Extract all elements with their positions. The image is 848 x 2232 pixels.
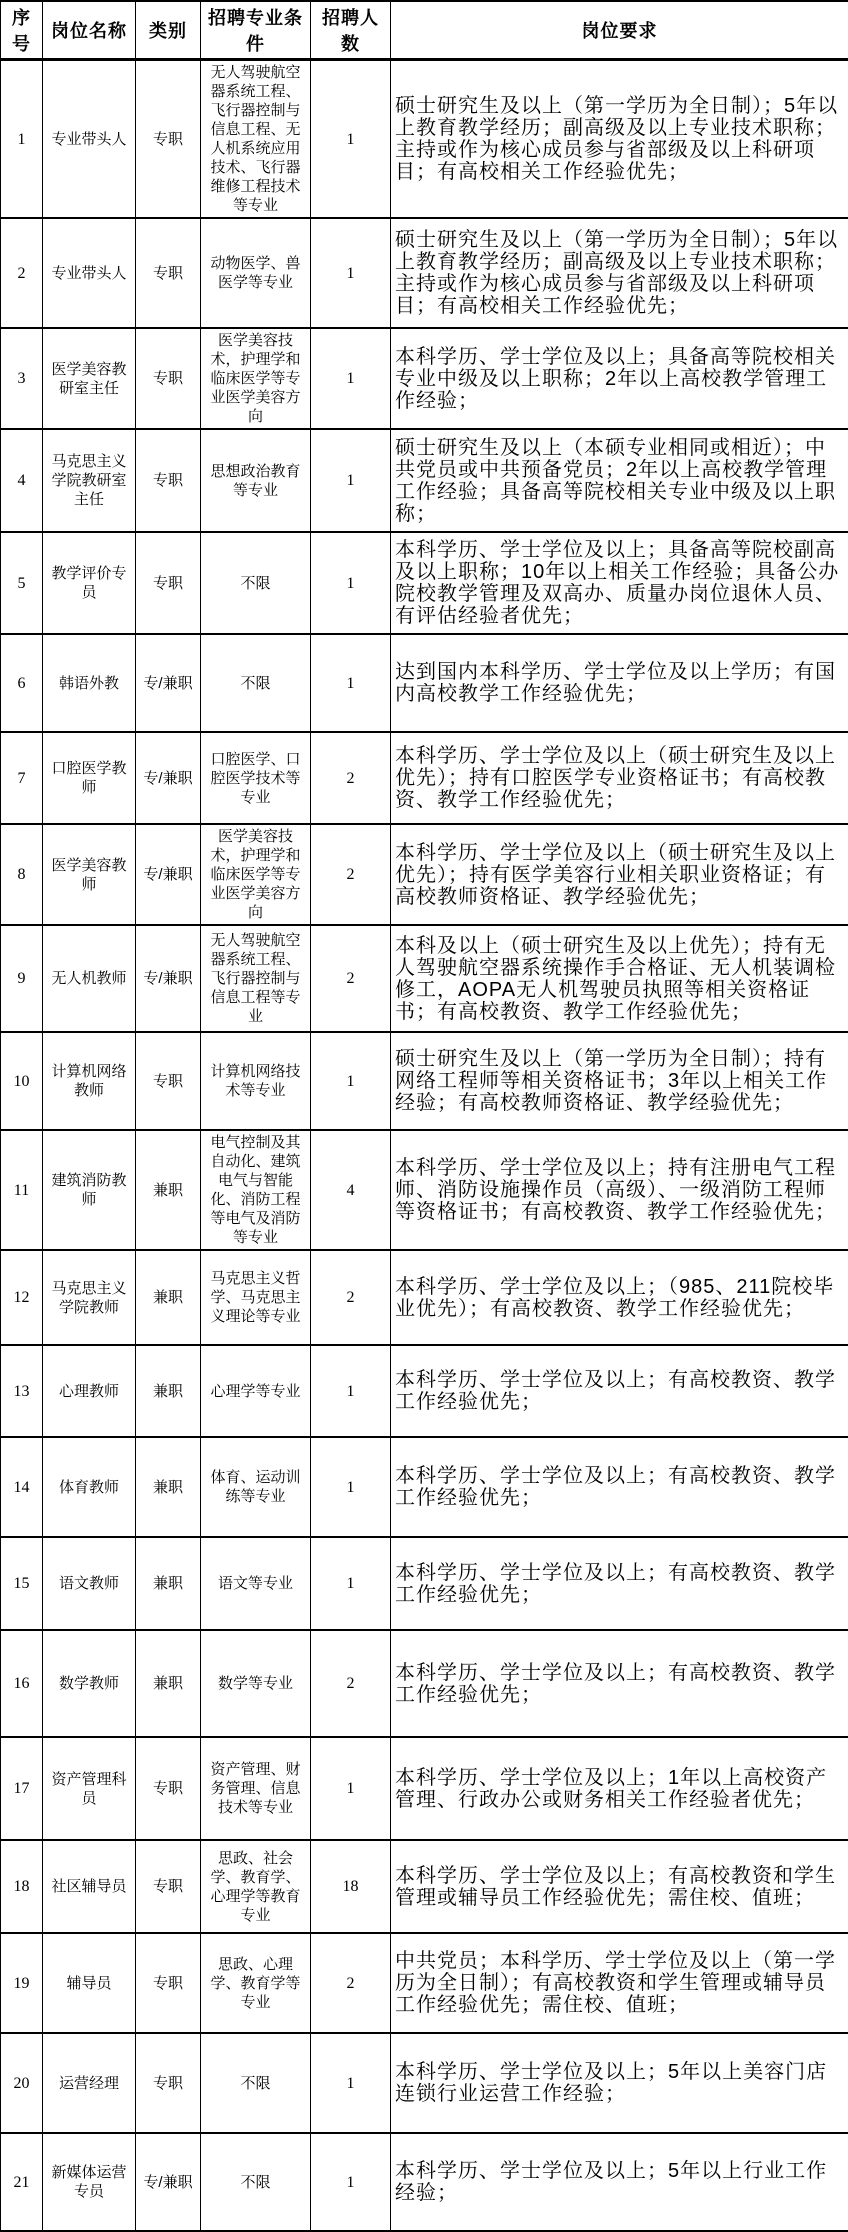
cell-requirements: 本科学历、学士学位及以上；有高校教资、教学工作经验优先； xyxy=(391,1537,848,1630)
cell-requirements: 本科学历、学士学位及以上；有高校教资、教学工作经验优先； xyxy=(391,1630,848,1737)
cell-no: 7 xyxy=(1,732,43,824)
cell-position-title: 医学美容教师 xyxy=(43,824,136,925)
cell-category: 专职 xyxy=(136,1737,201,1840)
cell-category: 兼职 xyxy=(136,1630,201,1737)
cell-majors: 医学美容技术，护理学和临床医学等专业医学美容方向 xyxy=(201,328,311,429)
cell-majors: 动物医学、兽医学等专业 xyxy=(201,218,311,328)
cell-requirements: 本科学历、学士学位及以上；具备高等院校副高及以上职称；10年以上相关工作经验；具… xyxy=(391,532,848,634)
job-table-body: 1 专业带头人 专职 无人驾驶航空器系统工程、飞行器控制与信息工程、无人机系统应… xyxy=(1,60,848,2232)
cell-no: 21 xyxy=(1,2133,43,2231)
cell-requirements: 本科学历、学士学位及以上；5年以上行业工作经验； xyxy=(391,2133,848,2231)
table-header: 序号 岗位名称 类别 招聘专业条件 招聘人数 岗位要求 xyxy=(1,1,848,60)
cell-category: 兼职 xyxy=(136,1130,201,1250)
cell-no: 13 xyxy=(1,1345,43,1437)
cell-count: 1 xyxy=(311,1437,391,1537)
table-row: 5 教学评价专员 专职 不限 1 本科学历、学士学位及以上；具备高等院校副高及以… xyxy=(1,532,848,634)
table-row: 21 新媒体运营专员 专/兼职 不限 1 本科学历、学士学位及以上；5年以上行业… xyxy=(1,2133,848,2231)
table-row: 15 语文教师 兼职 语文等专业 1 本科学历、学士学位及以上；有高校教资、教学… xyxy=(1,1537,848,1630)
cell-no: 4 xyxy=(1,429,43,532)
cell-count: 2 xyxy=(311,1630,391,1737)
cell-no: 16 xyxy=(1,1630,43,1737)
table-row: 20 运营经理 专职 不限 1 本科学历、学士学位及以上；5年以上美容门店连锁行… xyxy=(1,2033,848,2133)
cell-no: 18 xyxy=(1,1840,43,1933)
table-row: 17 资产管理科员 专职 资产管理、财务管理、信息技术等专业 1 本科学历、学士… xyxy=(1,1737,848,1840)
cell-category: 专职 xyxy=(136,429,201,532)
cell-requirements: 本科学历、学士学位及以上；有高校教资、教学工作经验优先； xyxy=(391,1437,848,1537)
cell-category: 专职 xyxy=(136,60,201,219)
cell-count: 2 xyxy=(311,925,391,1032)
cell-majors: 不限 xyxy=(201,634,311,732)
cell-position-title: 教学评价专员 xyxy=(43,532,136,634)
header-requirements: 岗位要求 xyxy=(391,1,848,60)
cell-category: 专职 xyxy=(136,328,201,429)
cell-count: 2 xyxy=(311,1250,391,1345)
cell-no: 19 xyxy=(1,1933,43,2033)
cell-no: 1 xyxy=(1,60,43,219)
cell-count: 1 xyxy=(311,1737,391,1840)
cell-majors: 无人驾驶航空器系统工程、飞行器控制与信息工程、无人机系统应用技术、飞行器维修工程… xyxy=(201,60,311,219)
cell-majors: 资产管理、财务管理、信息技术等专业 xyxy=(201,1737,311,1840)
header-category: 类别 xyxy=(136,1,201,60)
cell-no: 10 xyxy=(1,1032,43,1130)
cell-count: 18 xyxy=(311,1840,391,1933)
cell-requirements: 本科学历、学士学位及以上；具备高等院校相关专业中级及以上职称；2年以上高校教学管… xyxy=(391,328,848,429)
cell-position-title: 心理教师 xyxy=(43,1345,136,1437)
table-row: 16 数学教师 兼职 数学等专业 2 本科学历、学士学位及以上；有高校教资、教学… xyxy=(1,1630,848,1737)
table-row: 4 马克思主义学院教研室主任 专职 思想政治教育等专业 1 硕士研究生及以上（本… xyxy=(1,429,848,532)
cell-category: 专/兼职 xyxy=(136,824,201,925)
cell-majors: 不限 xyxy=(201,532,311,634)
cell-majors: 体育、运动训练等专业 xyxy=(201,1437,311,1537)
table-row: 11 建筑消防教师 兼职 电气控制及其自动化、建筑电气与智能化、消防工程等电气及… xyxy=(1,1130,848,1250)
cell-position-title: 体育教师 xyxy=(43,1437,136,1537)
cell-count: 1 xyxy=(311,1345,391,1437)
cell-count: 1 xyxy=(311,218,391,328)
cell-count: 2 xyxy=(311,1933,391,2033)
cell-requirements: 中共党员；本科学历、学士学位及以上（第一学历为全日制）；有高校教资和学生管理或辅… xyxy=(391,1933,848,2033)
cell-position-title: 运营经理 xyxy=(43,2033,136,2133)
table-row: 18 社区辅导员 专职 思政、社会学、教育学、心理学等教育专业 18 本科学历、… xyxy=(1,1840,848,1933)
cell-category: 专/兼职 xyxy=(136,925,201,1032)
cell-majors: 心理学等专业 xyxy=(201,1345,311,1437)
cell-no: 9 xyxy=(1,925,43,1032)
cell-position-title: 医学美容教研室主任 xyxy=(43,328,136,429)
cell-category: 专职 xyxy=(136,218,201,328)
cell-requirements: 本科学历、学士学位及以上；（985、211院校毕业优先）；有高校教资、教学工作经… xyxy=(391,1250,848,1345)
cell-no: 2 xyxy=(1,218,43,328)
cell-majors: 数学等专业 xyxy=(201,1630,311,1737)
cell-no: 20 xyxy=(1,2033,43,2133)
cell-no: 8 xyxy=(1,824,43,925)
cell-category: 专职 xyxy=(136,1032,201,1130)
cell-no: 3 xyxy=(1,328,43,429)
cell-requirements: 本科学历、学士学位及以上；持有注册电气工程师、消防设施操作员（高级）、一级消防工… xyxy=(391,1130,848,1250)
cell-no: 15 xyxy=(1,1537,43,1630)
cell-count: 1 xyxy=(311,60,391,219)
cell-count: 1 xyxy=(311,1537,391,1630)
cell-count: 4 xyxy=(311,1130,391,1250)
cell-no: 12 xyxy=(1,1250,43,1345)
table-row: 3 医学美容教研室主任 专职 医学美容技术，护理学和临床医学等专业医学美容方向 … xyxy=(1,328,848,429)
cell-position-title: 专业带头人 xyxy=(43,218,136,328)
cell-requirements: 本科学历、学士学位及以上；1年以上高校资产管理、行政办公或财务相关工作经验者优先… xyxy=(391,1737,848,1840)
cell-majors: 思想政治教育等专业 xyxy=(201,429,311,532)
cell-count: 1 xyxy=(311,328,391,429)
cell-category: 兼职 xyxy=(136,1537,201,1630)
cell-position-title: 建筑消防教师 xyxy=(43,1130,136,1250)
cell-count: 1 xyxy=(311,634,391,732)
cell-majors: 不限 xyxy=(201,2133,311,2231)
cell-position-title: 社区辅导员 xyxy=(43,1840,136,1933)
cell-requirements: 硕士研究生及以上（第一学历为全日制）；持有网络工程师等相关资格证书；3年以上相关… xyxy=(391,1032,848,1130)
cell-requirements: 本科及以上（硕士研究生及以上优先）；持有无人驾驶航空器系统操作手合格证、无人机装… xyxy=(391,925,848,1032)
cell-position-title: 计算机网络教师 xyxy=(43,1032,136,1130)
table-row: 2 专业带头人 专职 动物医学、兽医学等专业 1 硕士研究生及以上（第一学历为全… xyxy=(1,218,848,328)
cell-majors: 马克思主义哲学、马克思主义理论等专业 xyxy=(201,1250,311,1345)
cell-category: 专/兼职 xyxy=(136,732,201,824)
cell-count: 2 xyxy=(311,824,391,925)
cell-position-title: 韩语外教 xyxy=(43,634,136,732)
cell-category: 专职 xyxy=(136,1840,201,1933)
cell-requirements: 本科学历、学士学位及以上；有高校教资和学生管理或辅导员工作经验优先；需住校、值班… xyxy=(391,1840,848,1933)
table-row: 13 心理教师 兼职 心理学等专业 1 本科学历、学士学位及以上；有高校教资、教… xyxy=(1,1345,848,1437)
header-row: 序号 岗位名称 类别 招聘专业条件 招聘人数 岗位要求 xyxy=(1,1,848,60)
cell-position-title: 新媒体运营专员 xyxy=(43,2133,136,2231)
cell-category: 专职 xyxy=(136,1933,201,2033)
cell-position-title: 无人机教师 xyxy=(43,925,136,1032)
cell-majors: 无人驾驶航空器系统工程、飞行器控制与信息工程等专业 xyxy=(201,925,311,1032)
cell-count: 1 xyxy=(311,2033,391,2133)
cell-count: 1 xyxy=(311,1032,391,1130)
table-row: 1 专业带头人 专职 无人驾驶航空器系统工程、飞行器控制与信息工程、无人机系统应… xyxy=(1,60,848,219)
cell-category: 专/兼职 xyxy=(136,2133,201,2231)
cell-majors: 医学美容技术，护理学和临床医学等专业医学美容方向 xyxy=(201,824,311,925)
header-title: 岗位名称 xyxy=(43,1,136,60)
cell-no: 17 xyxy=(1,1737,43,1840)
cell-position-title: 马克思主义学院教师 xyxy=(43,1250,136,1345)
cell-count: 1 xyxy=(311,2133,391,2231)
table-row: 10 计算机网络教师 专职 计算机网络技术等专业 1 硕士研究生及以上（第一学历… xyxy=(1,1032,848,1130)
cell-position-title: 马克思主义学院教研室主任 xyxy=(43,429,136,532)
cell-category: 专职 xyxy=(136,532,201,634)
cell-requirements: 达到国内本科学历、学士学位及以上学历；有国内高校教学工作经验优先； xyxy=(391,634,848,732)
table-row: 9 无人机教师 专/兼职 无人驾驶航空器系统工程、飞行器控制与信息工程等专业 2… xyxy=(1,925,848,1032)
cell-count: 1 xyxy=(311,532,391,634)
cell-majors: 思政、社会学、教育学、心理学等教育专业 xyxy=(201,1840,311,1933)
cell-requirements: 本科学历、学士学位及以上；5年以上美容门店连锁行业运营工作经验； xyxy=(391,2033,848,2133)
cell-majors: 思政、心理学、教育学等专业 xyxy=(201,1933,311,2033)
cell-position-title: 资产管理科员 xyxy=(43,1737,136,1840)
cell-category: 兼职 xyxy=(136,1437,201,1537)
cell-majors: 不限 xyxy=(201,2033,311,2133)
cell-majors: 口腔医学、口腔医学技术等专业 xyxy=(201,732,311,824)
table-row: 14 体育教师 兼职 体育、运动训练等专业 1 本科学历、学士学位及以上；有高校… xyxy=(1,1437,848,1537)
cell-category: 专职 xyxy=(136,2033,201,2133)
page: 序号 岗位名称 类别 招聘专业条件 招聘人数 岗位要求 1 专业带头人 专职 无… xyxy=(0,0,848,2232)
cell-category: 兼职 xyxy=(136,1345,201,1437)
cell-requirements: 硕士研究生及以上（本硕专业相同或相近）；中共党员或中共预备党员；2年以上高校教学… xyxy=(391,429,848,532)
cell-position-title: 口腔医学教师 xyxy=(43,732,136,824)
table-row: 12 马克思主义学院教师 兼职 马克思主义哲学、马克思主义理论等专业 2 本科学… xyxy=(1,1250,848,1345)
cell-requirements: 硕士研究生及以上（第一学历为全日制）；5年以上教育教学经历；副高级及以上专业技术… xyxy=(391,60,848,219)
cell-position-title: 专业带头人 xyxy=(43,60,136,219)
cell-no: 6 xyxy=(1,634,43,732)
cell-requirements: 本科学历、学士学位及以上；有高校教资、教学工作经验优先； xyxy=(391,1345,848,1437)
cell-requirements: 本科学历、学士学位及以上（硕士研究生及以上优先）；持有口腔医学专业资格证书；有高… xyxy=(391,732,848,824)
header-no: 序号 xyxy=(1,1,43,60)
header-majors: 招聘专业条件 xyxy=(201,1,311,60)
cell-majors: 语文等专业 xyxy=(201,1537,311,1630)
header-count: 招聘人数 xyxy=(311,1,391,60)
cell-count: 1 xyxy=(311,429,391,532)
table-row: 6 韩语外教 专/兼职 不限 1 达到国内本科学历、学士学位及以上学历；有国内高… xyxy=(1,634,848,732)
table-row: 7 口腔医学教师 专/兼职 口腔医学、口腔医学技术等专业 2 本科学历、学士学位… xyxy=(1,732,848,824)
cell-category: 兼职 xyxy=(136,1250,201,1345)
table-row: 8 医学美容教师 专/兼职 医学美容技术，护理学和临床医学等专业医学美容方向 2… xyxy=(1,824,848,925)
cell-position-title: 语文教师 xyxy=(43,1537,136,1630)
cell-majors: 电气控制及其自动化、建筑电气与智能化、消防工程等电气及消防等专业 xyxy=(201,1130,311,1250)
cell-count: 2 xyxy=(311,732,391,824)
cell-position-title: 辅导员 xyxy=(43,1933,136,2033)
cell-majors: 计算机网络技术等专业 xyxy=(201,1032,311,1130)
cell-requirements: 硕士研究生及以上（第一学历为全日制）；5年以上教育教学经历；副高级及以上专业技术… xyxy=(391,218,848,328)
job-positions-table: 序号 岗位名称 类别 招聘专业条件 招聘人数 岗位要求 1 专业带头人 专职 无… xyxy=(0,0,848,2232)
table-row: 19 辅导员 专职 思政、心理学、教育学等专业 2 中共党员；本科学历、学士学位… xyxy=(1,1933,848,2033)
cell-category: 专/兼职 xyxy=(136,634,201,732)
cell-position-title: 数学教师 xyxy=(43,1630,136,1737)
cell-no: 5 xyxy=(1,532,43,634)
cell-no: 11 xyxy=(1,1130,43,1250)
cell-no: 14 xyxy=(1,1437,43,1537)
cell-requirements: 本科学历、学士学位及以上（硕士研究生及以上优先）；持有医学美容行业相关职业资格证… xyxy=(391,824,848,925)
